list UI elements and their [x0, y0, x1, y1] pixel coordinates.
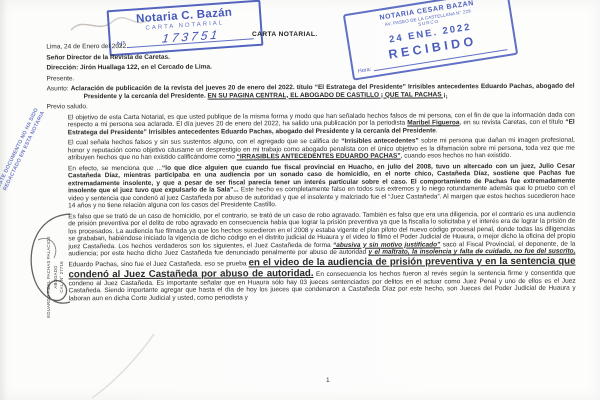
paragraph-quote: En efecto, se menciona que ...“lo que di… [68, 162, 575, 210]
signer-name: EDUARDO FIDEL PACHAS PALACIOS [46, 231, 53, 323]
carta-notarial-label: CARTA NOTARIAL. [252, 31, 318, 38]
asunto-line: Asunto: Aclaración de publicación de la … [47, 83, 575, 101]
signer-registration: CAL. N° 27716 [59, 231, 66, 323]
paragraph-objective: El objetivo de esta Carta Notarial, es q… [68, 111, 575, 136]
address-line: Dirección: Jirón Huallaga 122, en el Cer… [46, 62, 574, 72]
presente-line: Presente. [46, 72, 574, 82]
recipient-line: Señor Director de la Revista de Caretas. [46, 51, 574, 61]
paragraph-defamation: El cual señala hechos falsos y sin sus s… [68, 137, 575, 162]
scanned-notarial-letter: Notaria C. Bazán CARTA NOTARIAL N° 17375… [0, 0, 600, 400]
paragraph-facts: Es falso que se trató de un caso de homi… [68, 210, 575, 302]
signer-identity: EDUARDO FIDEL PACHAS PALACIOS ABOGADO CA… [46, 231, 68, 323]
side-note-stamp: ESTE DOCUMENTO NO HA SIDO REDACTADO EN E… [0, 85, 57, 191]
date-line: Lima, 24 de Enero del 2022. [46, 41, 574, 51]
salutation-line: Previo saludo. [47, 101, 575, 111]
page-number: 1 [326, 377, 330, 384]
scan-crease [88, 332, 158, 400]
letter-body: Lima, 24 de Enero del 2022.Señor Directo… [67, 41, 575, 306]
